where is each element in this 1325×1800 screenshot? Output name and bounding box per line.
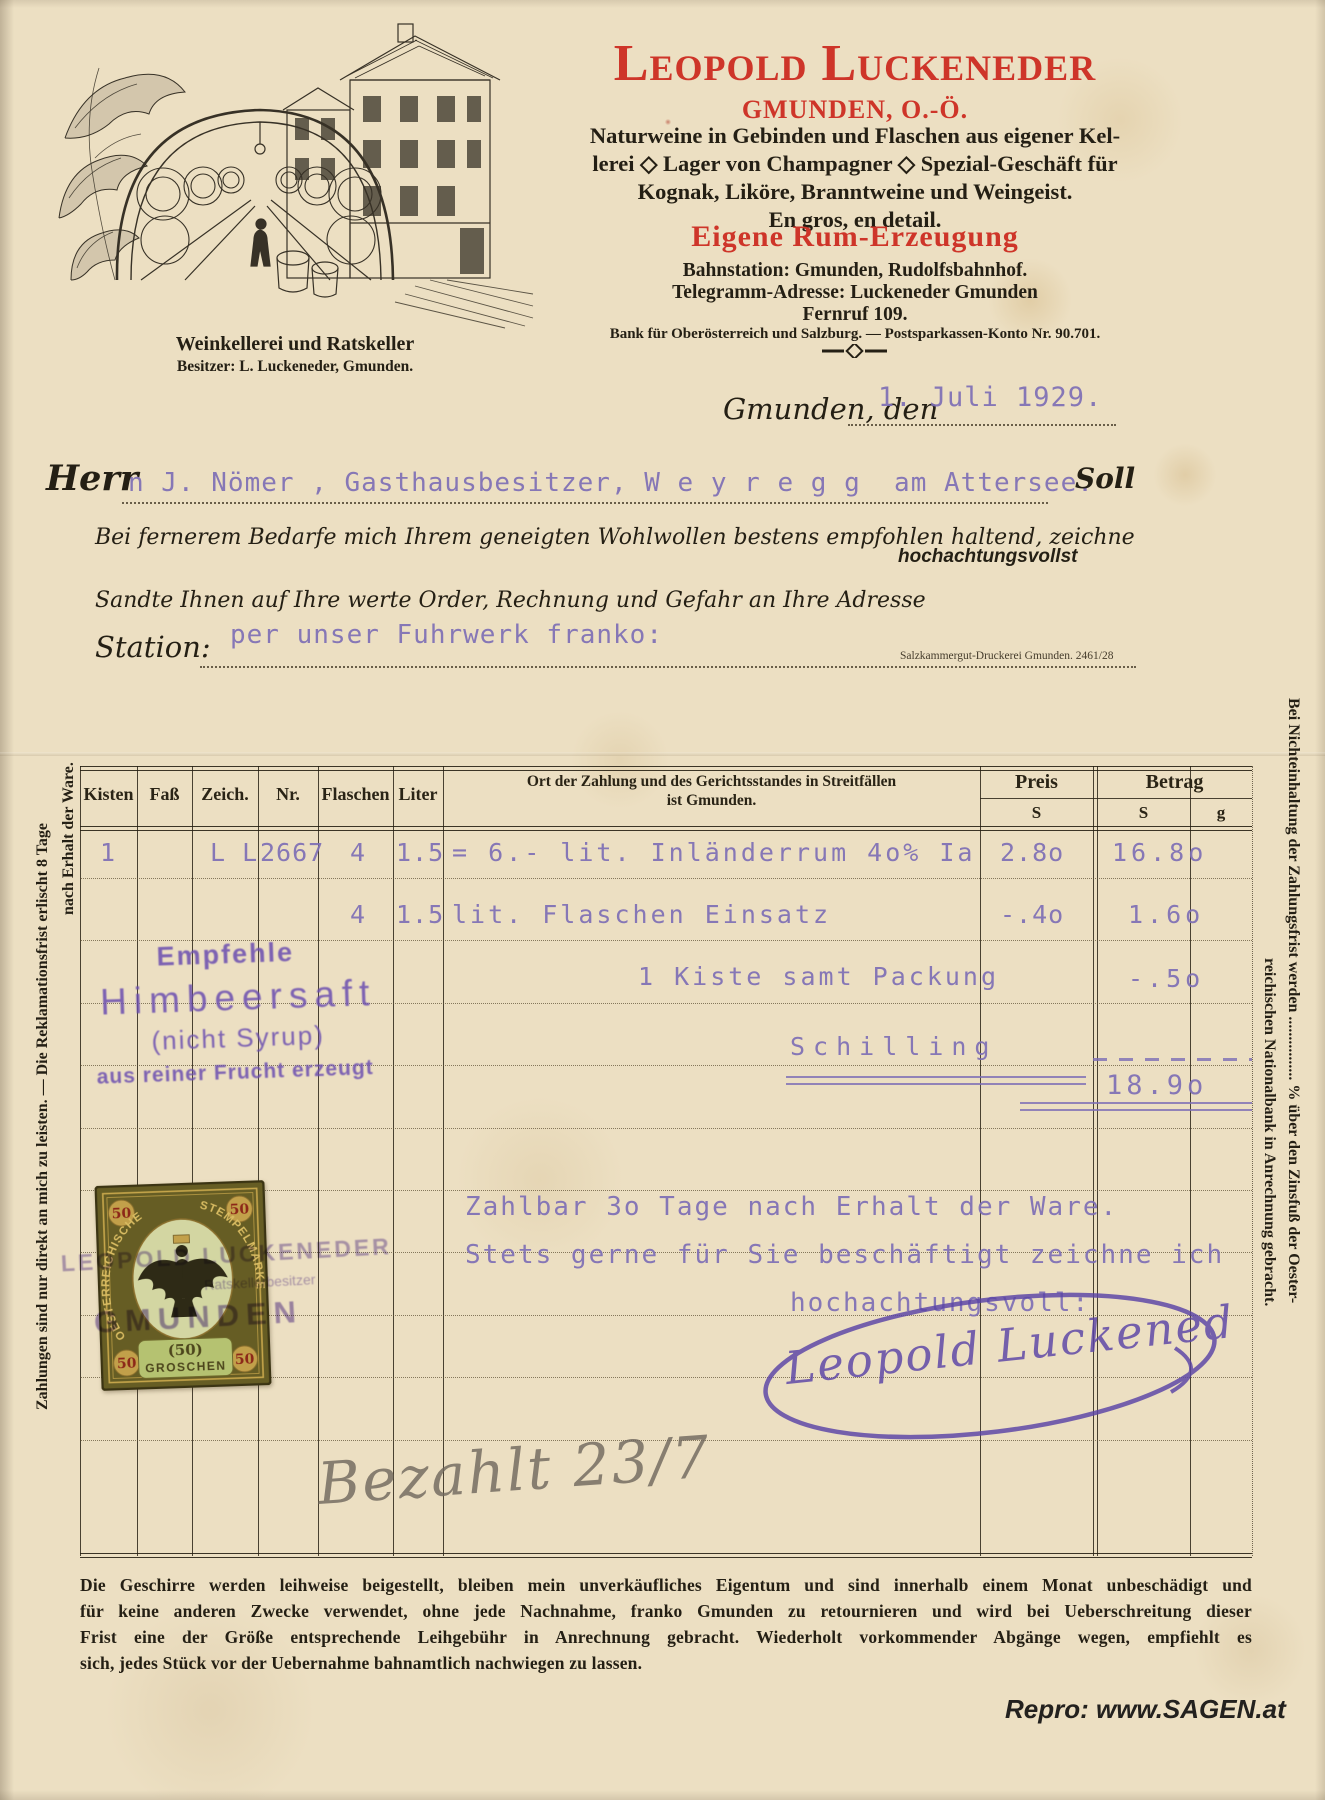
subheader-preis-s: S [980,803,1093,823]
fold-crease [0,752,1325,756]
stamp-value-bl: 50 [117,1356,137,1373]
courtesy-closing: hochachtungsvollst [898,546,1077,568]
left-margin-text-1: Zahlungen sind nur direkt an mich zu lei… [34,694,52,1410]
col-header-zeich: Zeich. [192,784,258,805]
ort-line2: ist Gmunden. [443,791,980,810]
pencil-note: Bezahlt 23/7 [305,1418,745,1548]
row1-flaschen: 4 [350,838,366,867]
subheader-betrag-s: S [1097,803,1190,823]
total-dashed-line [1093,1058,1252,1061]
row2-description: lit. Flaschen Einsatz [452,900,831,929]
shipping-line: Sandte Ihnen auf Ihre werte Order, Rechn… [95,588,926,613]
right-margin-text-1: Bei Nichteinhaltung der Zahlungsfrist we… [1284,698,1302,1560]
row1-zeich: L L [210,838,258,867]
col-header-ort: Ort der Zahlung und des Gerichtsstandes … [443,772,980,810]
terms-line: sich, jedes Stück vor der Uebernahme bah… [80,1650,1252,1676]
description-line: Kognak, Liköre, Branntweine und Weingeis… [560,178,1150,206]
company-city: GMUNDEN, O.-Ö. [555,95,1155,125]
stamp-value-br: 50 [235,1352,255,1369]
closing-line2: Stets gerne für Sie beschäftigt zeichne … [465,1240,1224,1270]
promo-stamp: Empfehle Himbeersaft (nicht Syrup) aus r… [80,932,440,945]
repro-credit: Repro: www.SAGEN.at [1005,1694,1286,1725]
row3-description: 1 Kiste samt Packung [638,962,999,991]
left-margin-text-2: nach Erhalt der Ware. [60,685,78,915]
stamp-denom-value: (50) [167,1340,203,1359]
row1-nr: 2667 [260,838,324,867]
row2-betrag: 1.6o [1128,900,1204,929]
recipient-leader-line [122,502,1048,504]
row2-flaschen: 4 [350,900,366,929]
bank-line: Bank für Oberösterreich und Salzburg. — … [545,326,1165,343]
row1-kisten: 1 [100,838,116,867]
date-typed: 1. Juli 1929. [878,382,1102,413]
signature-text: Leopold Luckeneder [782,1290,1235,1395]
table-rule [258,766,259,1556]
station-label: Station: [95,630,211,664]
stamp-denom-label: GROSCHEN [145,1359,227,1376]
col-header-preis: Preis [980,771,1093,794]
invoice-document: Weinkellerei und Ratskeller Besitzer: L.… [0,0,1325,1800]
promo-stamp-line4: aus reiner Frucht erzeugt [96,1056,374,1090]
printer-credit: Salzkammergut-Druckerei Gmunden. 2461/28 [900,650,1113,662]
station-leader-line [200,666,1136,668]
row3-betrag: -.5o [1128,964,1204,993]
col-header-nr: Nr. [258,784,318,805]
promo-stamp-line1: Empfehle [156,937,295,973]
illustration-caption-owner: Besitzer: L. Luckeneder, Gmunden. [115,358,475,376]
station-typed: per unser Fuhrwerk franko: [230,620,663,650]
ort-line1: Ort der Zahlung und des Gerichtsstandes … [443,772,980,791]
table-rule [192,766,193,1556]
total-double-underline-2 [1020,1102,1252,1111]
table-rule [1252,766,1253,1556]
col-header-liter: Liter [393,784,443,805]
total-double-underline [786,1076,1086,1085]
table-rule [80,1128,1252,1129]
promo-stamp-line2: Himbeersaft [99,972,377,1024]
table-rule [80,1553,1252,1558]
total-label: Schilling [790,1032,997,1061]
row1-preis: 2.8o [1000,838,1064,867]
contact-line: Fernruf 109. [560,304,1150,326]
salutation-label: Herr [46,458,138,499]
description-line: Naturweine in Gebinden und Flaschen aus … [560,122,1150,150]
illustration-caption: Weinkellerei und Ratskeller [115,333,475,356]
company-name: Leopold Luckeneder [555,34,1155,93]
table-rule [80,826,1252,831]
promo-stamp-line3: (nicht Syrup) [151,1020,325,1057]
date-leader-line [848,424,1116,426]
row1-description: = 6.- lit. Inländerrum 4o% Ia [452,838,976,867]
divider-ornament [820,344,890,358]
recipient-typed: n J. Nömer , Gasthausbesitzer, W e y r e… [128,468,1094,498]
rum-line: Eigene Rum-Erzeugung [555,220,1155,254]
table-rule [80,766,81,1556]
terms-line: Frist eine der Größe entsprechende Leihg… [80,1624,1252,1650]
table-rule [980,798,1252,799]
table-rule [80,878,1252,879]
terms-line: für keine anderen Zwecke verwendet, ohne… [80,1598,1252,1624]
row2-preis: -.4o [1000,900,1064,929]
payable-line: Zahlbar 3o Tage nach Erhalt der Ware. [465,1192,1118,1222]
row1-liter: 1.5 [396,838,444,867]
table-rule [137,766,138,1556]
description-line: lerei ◇ Lager von Champagner ◇ Spezial-G… [560,150,1150,178]
soll-label: Soll [1075,462,1135,495]
pencil-note-text: Bezahlt 23/7 [314,1423,713,1518]
right-margin-text-2: reichischen Nationalbank in Anrechnung g… [1260,958,1278,1428]
contact-line: Bahnstation: Gmunden, Rudolfsbahnhof. [560,260,1150,282]
row1-betrag: 16.8o [1112,838,1207,867]
col-header-kisten: Kisten [80,784,137,805]
business-description: Naturweine in Gebinden und Flaschen aus … [560,122,1150,234]
contact-line: Telegramm-Adresse: Luckeneder Gmunden [560,282,1150,304]
col-header-fass: Faß [137,784,192,805]
terms-line: Die Geschirre werden leihweise beigestel… [80,1572,1252,1598]
cellar-illustration [55,18,535,330]
signature: Leopold Luckeneder [755,1278,1235,1453]
terms-block: Die Geschirre werden leihweise beigestel… [80,1572,1252,1676]
contact-block: Bahnstation: Gmunden, Rudolfsbahnhof. Te… [560,260,1150,326]
col-header-flaschen: Flaschen [318,784,393,805]
subheader-betrag-g: g [1190,803,1252,823]
col-header-betrag: Betrag [1097,771,1252,794]
total-betrag: 18.9o [1106,1070,1207,1101]
row2-liter: 1.5 [396,900,444,929]
